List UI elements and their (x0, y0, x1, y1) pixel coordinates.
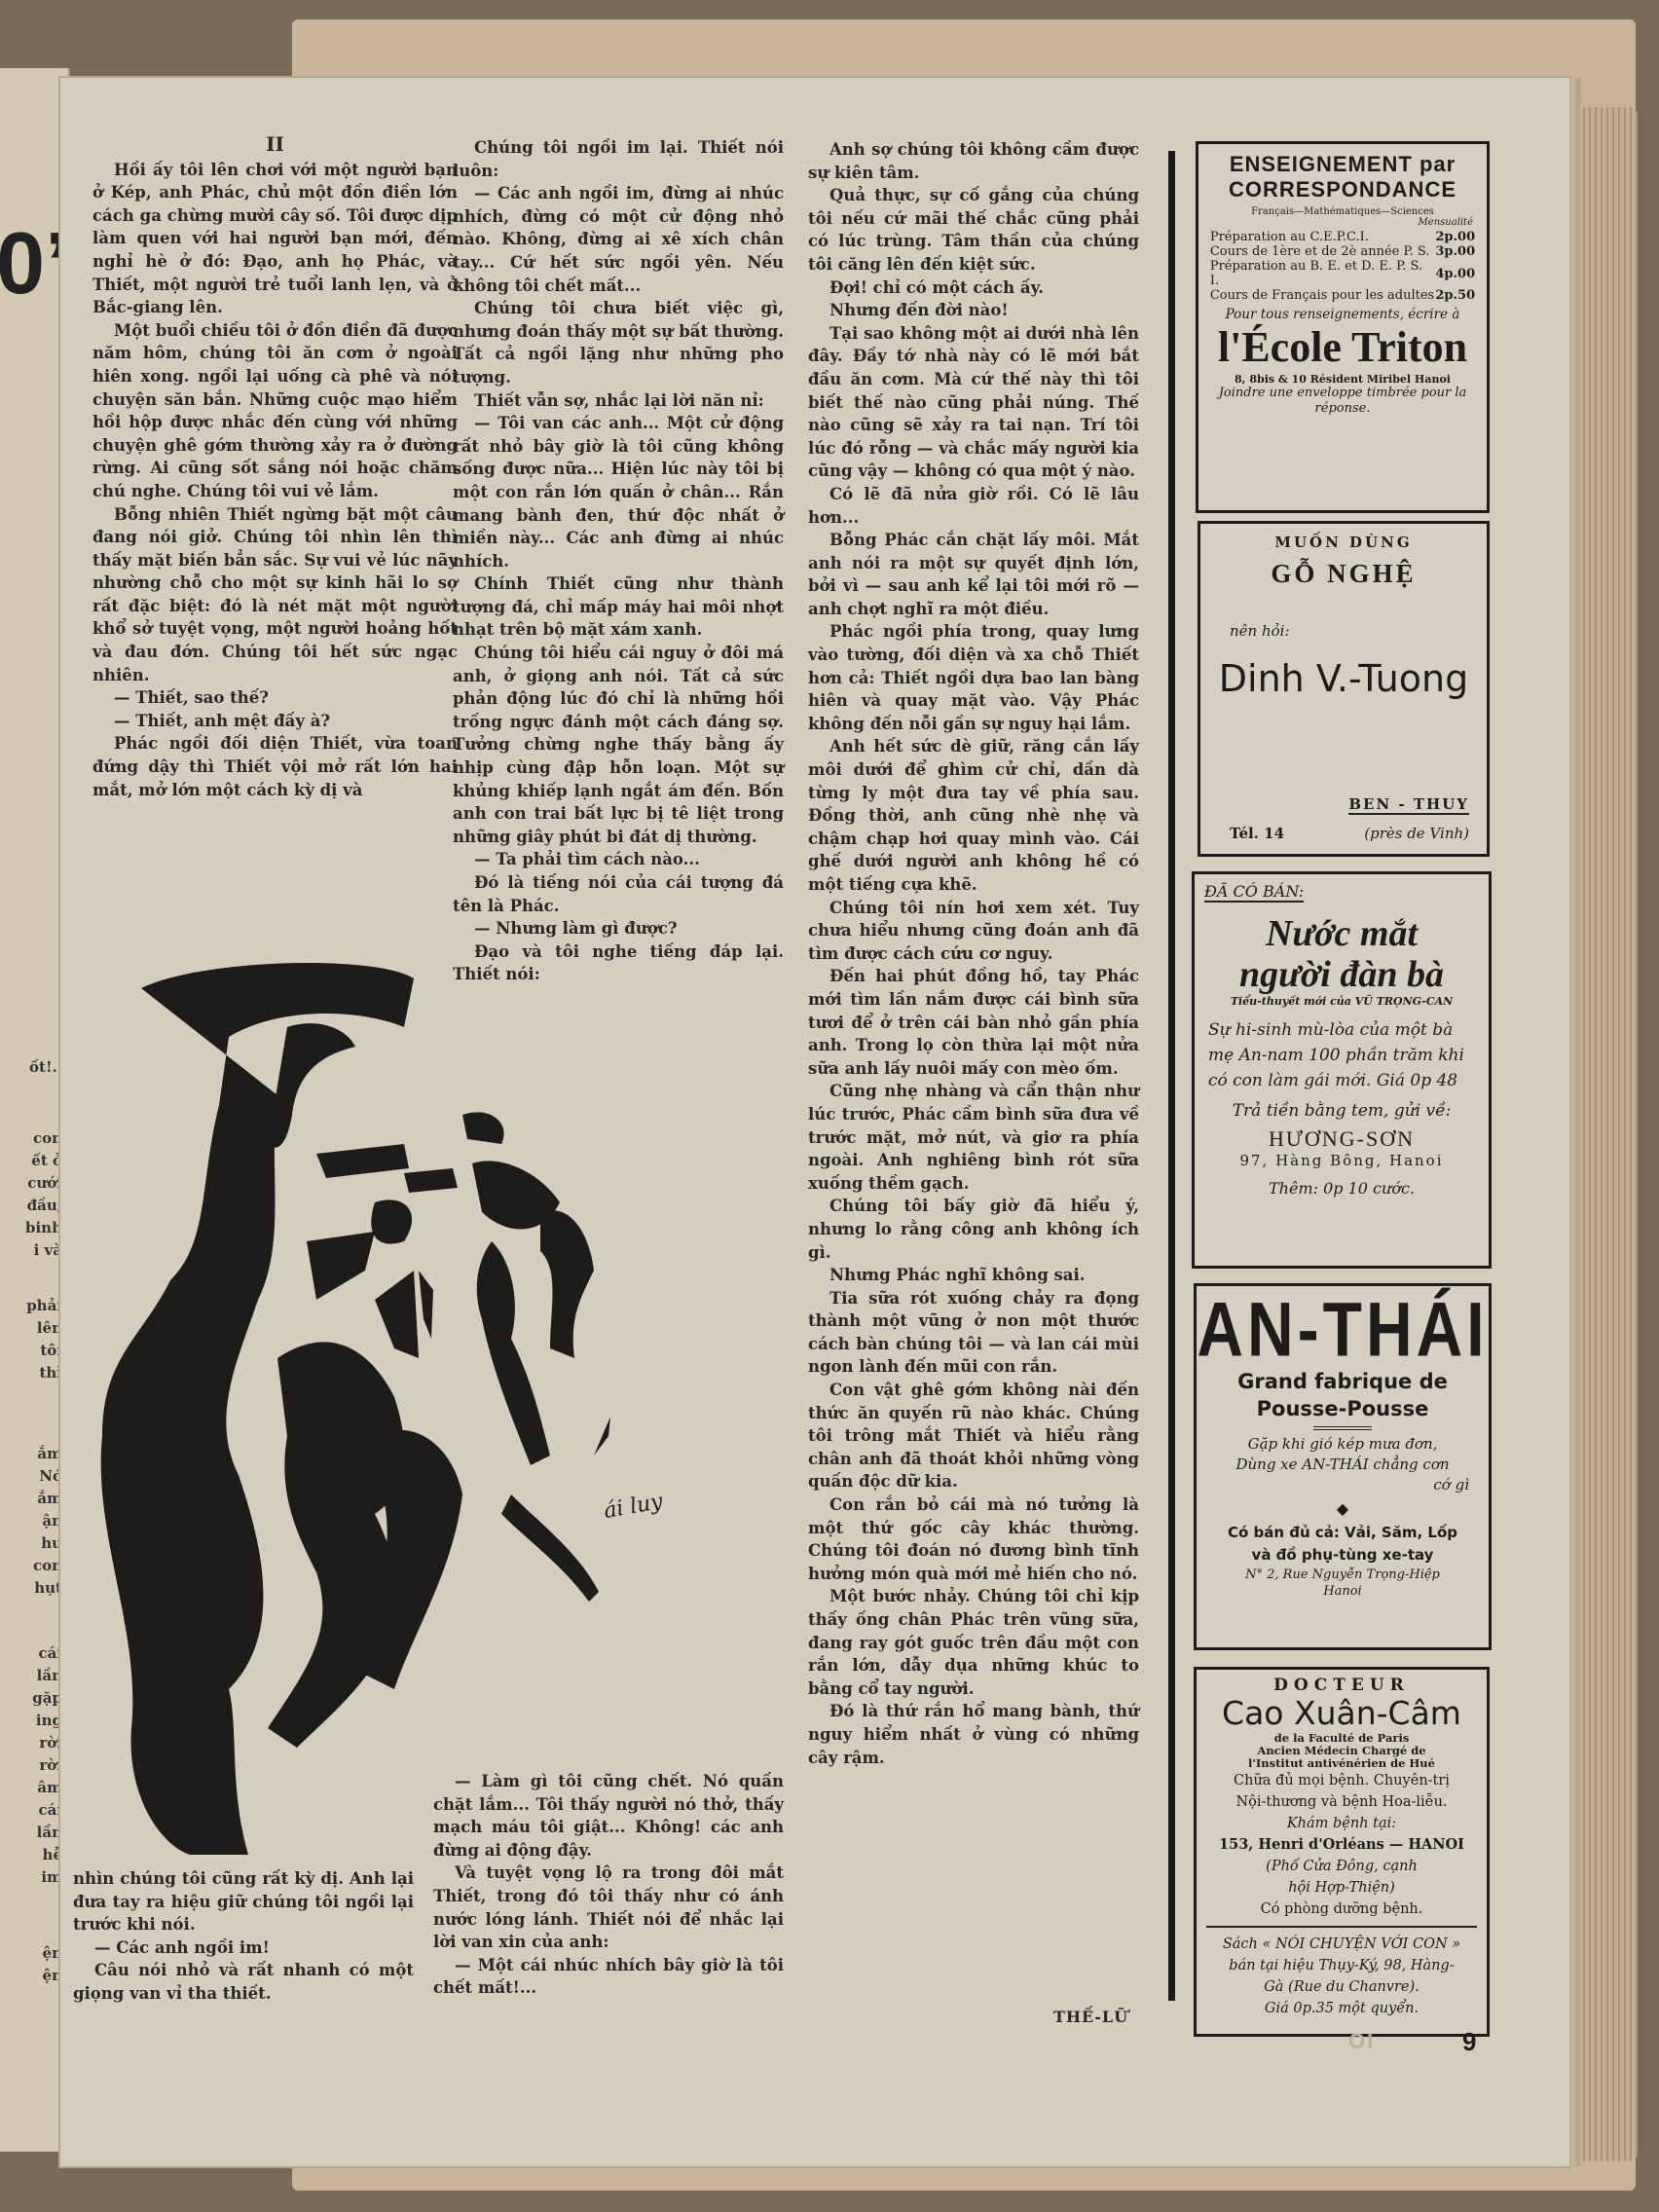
paragraph: Có lẽ đã nửa giờ rồi. Có lẽ lâu hơn... (808, 483, 1139, 529)
paragraph: Con rắn bỏ cái mà nó tưởng là một thứ gố… (808, 1493, 1139, 1585)
paragraph: Phác ngồi đối diện Thiết, vừa toan đứng … (92, 732, 458, 801)
paragraph: Đợi! chỉ có một cách ấy. (808, 276, 1139, 300)
dialogue: — Làm gì tôi cũng chết. Nó quấn chặt lắm… (433, 1770, 784, 1862)
paragraph: Tại sao không một ai dưới nhà lên đây. Đ… (808, 322, 1139, 483)
woodcut-illustration (83, 949, 686, 1864)
story-column-3: Anh sợ chúng tôi không cầm được sự kiên … (808, 138, 1139, 1769)
paragraph: Bỗng Phác cắn chặt lấy môi. Mắt anh nói … (808, 529, 1139, 620)
dialogue: — Nhưng làm gì được? (453, 917, 784, 940)
paragraph: Chính Thiết cũng như thành tượng đá, chỉ… (453, 572, 784, 642)
dialogue: — Các anh ngồi im! (73, 1936, 414, 1960)
left-page-text-fragment: hư (41, 1532, 62, 1555)
paragraph: Anh hết sức dè giữ, răng cắn lấy môi dướ… (808, 735, 1139, 896)
left-page-text-fragment: đầu, (27, 1195, 62, 1217)
ad-title: CORRESPONDANCE (1198, 177, 1487, 203)
left-page-text-fragment: lên (37, 1317, 62, 1340)
masthead-fragment: 0’ (0, 214, 69, 314)
left-page-text-fragment: con (33, 1127, 62, 1150)
story-column-1-bottom: nhìn chúng tôi cũng rất kỳ dị. Anh lại đ… (73, 1867, 414, 2006)
ad-instruction: Pour tous renseignements, écrire à (1198, 307, 1487, 322)
bleed-through-mark: OI (1348, 2029, 1375, 2054)
left-page-text-fragment: cưới (27, 1172, 62, 1195)
page-stack-edge (1579, 107, 1638, 2161)
ad-an-thai: AN-THÁI Grand fabrique de Pousse-Pousse … (1194, 1283, 1492, 1650)
left-page-text-fragment: rời (39, 1754, 62, 1777)
story-author: THẾ-LỮ (1053, 2008, 1128, 2026)
paragraph: Và tuyệt vọng lộ ra trong đôi mắt Thiết,… (433, 1862, 784, 1953)
paragraph: Đến hai phút đồng hồ, tay Phác mới tìm l… (808, 965, 1139, 1080)
ad-address: 8, 8bis & 10 Résident Miribel Hanoi (1198, 373, 1487, 386)
left-page-text-fragment: Nó (39, 1465, 62, 1488)
left-page-text-fragment: i và (34, 1239, 62, 1262)
left-page-text-fragment: ận (42, 1510, 62, 1532)
ad-go-nghe: MUỐN DÙNG GỖ NGHỆ nên hỏi: Dinh V.-Tuong… (1198, 521, 1490, 857)
paragraph: nhìn chúng tôi cũng rất kỳ dị. Anh lại đ… (73, 1867, 414, 1936)
ad-mensualite: Mensualité (1198, 217, 1487, 228)
page-number: 9 (1462, 2027, 1476, 2057)
dialogue: — Thiết, sao thế? (92, 686, 458, 710)
paragraph: Đó là tiếng nói của cái tượng đá tên là … (453, 871, 784, 917)
paragraph: Bỗng nhiên Thiết ngừng bặt một câu đang … (92, 503, 458, 687)
left-page-text-fragment: ắm (37, 1488, 62, 1510)
paragraph: Thiết vẫn sợ, nhắc lại lời năn nỉ: (453, 389, 784, 413)
publisher-name: HƯƠNG-SƠN (1195, 1126, 1489, 1152)
left-page-text-fragment: im (41, 1866, 62, 1889)
paragraph: Hồi ấy tôi lên chơi với một người bạn ở … (92, 159, 458, 319)
left-page-text-fragment: con (33, 1555, 62, 1577)
dialogue: — Một cái nhúc nhích bây giờ là tôi chết… (433, 1954, 784, 2000)
story-column-2-bottom: — Làm gì tôi cũng chết. Nó quấn chặt lắm… (433, 1770, 784, 2000)
left-page-text-fragment: binh (25, 1217, 62, 1239)
paragraph: Con vật ghê gớm không nài đến thức ăn qu… (808, 1379, 1139, 1493)
left-page-text-fragment: cái (38, 1642, 62, 1665)
merchant-name: Dinh V.-Tuong (1200, 657, 1487, 700)
left-page-text-fragment: lần (37, 1665, 62, 1687)
paragraph: Câu nói nhỏ và rất nhanh có một giọng va… (73, 1959, 414, 2005)
left-page-text-fragment: ết ở (31, 1150, 62, 1172)
paragraph: Chúng tôi chưa biết việc gì, nhưng đoán … (453, 297, 784, 388)
dialogue: — Tôi van các anh... Một cử động rất nhỏ… (453, 412, 784, 572)
dialogue: — Ta phải tìm cách nào... (453, 848, 784, 871)
left-page-text-fragment: ắm (37, 1443, 62, 1465)
dialogue: — Các anh ngồi im, đừng ai nhúc nhích, đ… (453, 182, 784, 297)
brand-name: AN-THÁI (1197, 1282, 1489, 1376)
paragraph: Anh sợ chúng tôi không cầm được sự kiên … (808, 138, 1139, 184)
paragraph: Chúng tôi ngồi im lại. Thiết nói luôn: (453, 136, 784, 182)
ad-nuoc-mat-nguoi-dan-ba: ĐÃ CÓ BÁN: Nước mắt người đàn bà Tiểu-th… (1192, 871, 1492, 1269)
left-page-text-fragment: gặp (32, 1687, 62, 1710)
phone-number: Tél. 14 (1230, 825, 1284, 842)
left-page-text-fragment: cái (38, 1799, 62, 1822)
left-page-text-fragment: hụt (34, 1577, 62, 1600)
diamond-ornament-icon: ◆ (1197, 1499, 1489, 1518)
paragraph: Một bước nhảy. Chúng tôi chỉ kịp thấy ốn… (808, 1585, 1139, 1700)
dialogue: — Thiết, anh mệt đấy à? (92, 710, 458, 733)
left-page-text-fragment: hễ (43, 1844, 62, 1866)
paragraph: Một buổi chiều tôi ở đồn điền đã được nă… (92, 319, 458, 503)
paragraph: Nhưng Phác nghĩ không sai. (808, 1264, 1139, 1287)
left-page-text-fragment: ện (43, 1965, 62, 1987)
left-page-text-fragment: lần (37, 1822, 62, 1844)
paragraph: Tia sữa rót xuống chảy ra đọng thành một… (808, 1287, 1139, 1379)
left-page-text-fragment: ốt!.. (29, 1056, 62, 1079)
book-title: Nước mắt (1195, 913, 1489, 954)
story-column-1: II Hồi ấy tôi lên chơi với một người bạn… (92, 133, 458, 801)
column-divider (1168, 151, 1175, 2001)
left-page-text-fragment: âm (37, 1777, 62, 1799)
paragraph: Phác ngồi phía trong, quay lưng vào tườn… (808, 620, 1139, 735)
left-page-text-fragment: tôi (40, 1340, 62, 1362)
left-page-text-fragment: ing (36, 1710, 62, 1732)
ad-subjects: Français—Mathématiques—Sciences (1198, 206, 1487, 217)
left-page-text-fragment: rời (39, 1732, 62, 1754)
divider (1206, 1926, 1477, 1928)
ad-note: Joindre une enveloppe timbrée pour la ré… (1198, 386, 1487, 417)
paragraph: Chúng tôi bấy giờ đã hiểu ý, nhưng lo rằ… (808, 1195, 1139, 1264)
story-column-2: Chúng tôi ngồi im lại. Thiết nói luôn: —… (453, 136, 784, 986)
double-rule (1313, 1426, 1372, 1430)
left-page-text-fragment: ện (43, 1942, 62, 1965)
paragraph: Chúng tôi nín hơi xem xét. Tuy chưa hiểu… (808, 897, 1139, 966)
ad-title: ENSEIGNEMENT par (1198, 152, 1487, 177)
paragraph: Cũng nhẹ nhàng và cẩn thận như lúc trước… (808, 1080, 1139, 1195)
paragraph: Quả thực, sự cố gắng của chúng tôi nếu c… (808, 184, 1139, 276)
left-page-text-fragment: phải (26, 1295, 62, 1317)
ad-docteur-cao-xuan-cam: DOCTEUR Cao Xuân-Câm de la Faculté de Pa… (1194, 1667, 1490, 2037)
paragraph: Chúng tôi hiểu cái nguy ở đôi má anh, ở … (453, 642, 784, 848)
book-title: người đàn bà (1195, 954, 1489, 995)
price-table: Préparation au C.E.P.C.I.2p.00 Cours de … (1210, 230, 1475, 303)
section-number: II (92, 133, 458, 157)
paragraph: Đó là thứ rắn hổ mang bành, thứ nguy hiể… (808, 1700, 1139, 1769)
school-name: l'École Triton (1198, 322, 1487, 373)
left-page-text-fragment: thì (39, 1362, 62, 1384)
doctor-name: Cao Xuân-Câm (1197, 1695, 1487, 1732)
paragraph: Nhưng đến đời nào! (808, 299, 1139, 322)
ad-ecole-triton: ENSEIGNEMENT par CORRESPONDANCE Français… (1196, 141, 1490, 513)
